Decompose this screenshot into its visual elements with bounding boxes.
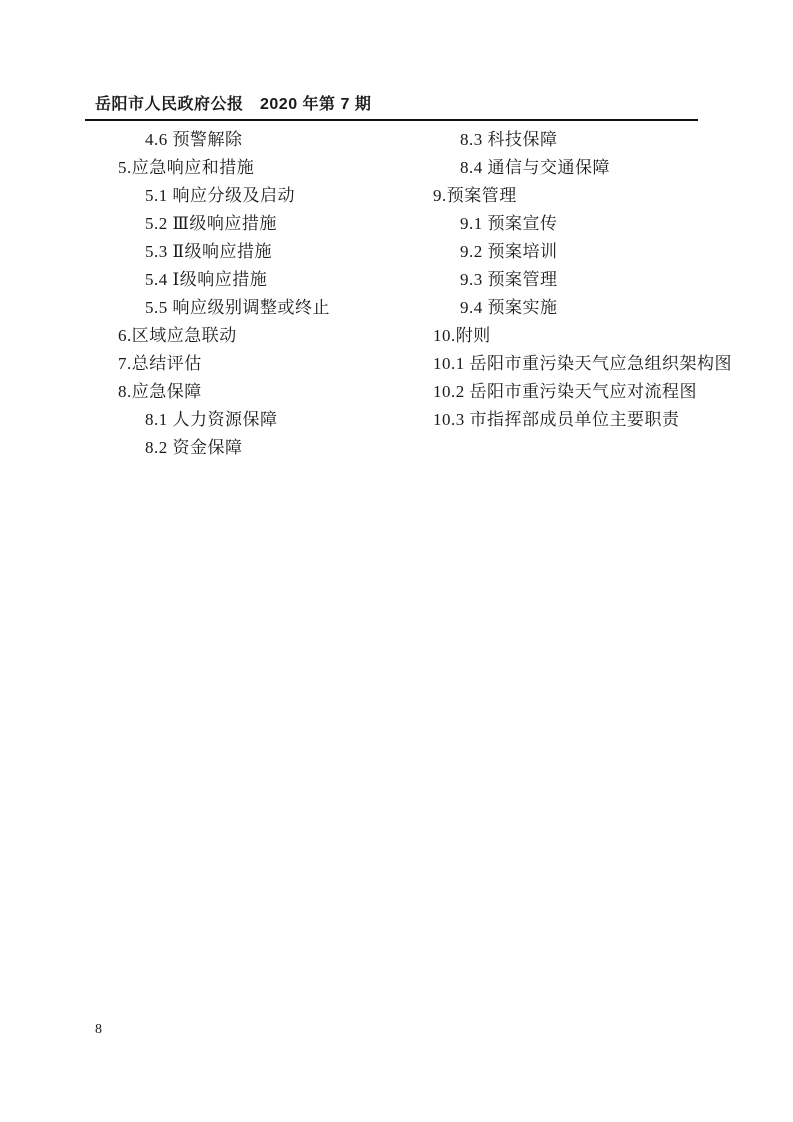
toc-item: 9.2 预案培训 xyxy=(433,238,732,266)
page-number: 8 xyxy=(95,1022,102,1038)
header-rule-divider xyxy=(85,119,698,121)
toc-item: 10.2 岳阳市重污染天气应对流程图 xyxy=(433,378,732,406)
toc-item: 9.3 预案管理 xyxy=(433,266,732,294)
toc-item: 8.应急保障 xyxy=(118,378,330,406)
toc-item: 10.3 市指挥部成员单位主要职责 xyxy=(433,406,732,434)
toc-item: 8.2 资金保障 xyxy=(118,434,330,462)
toc-item: 8.4 通信与交通保障 xyxy=(433,154,732,182)
toc-item: 8.1 人力资源保障 xyxy=(118,406,330,434)
toc-item: 5.5 响应级别调整或终止 xyxy=(118,294,330,322)
toc-left-column: 4.6 预警解除5.应急响应和措施5.1 响应分级及启动5.2 Ⅲ级响应措施5.… xyxy=(118,126,330,462)
toc-item: 5.1 响应分级及启动 xyxy=(118,182,330,210)
toc-item: 7.总结评估 xyxy=(118,350,330,378)
toc-item: 6.区域应急联动 xyxy=(118,322,330,350)
page-header-title: 岳阳市人民政府公报 2020 年第 7 期 xyxy=(95,96,371,114)
toc-item: 10.附则 xyxy=(433,322,732,350)
toc-item: 9.4 预案实施 xyxy=(433,294,732,322)
toc-item: 9.预案管理 xyxy=(433,182,732,210)
toc-item: 9.1 预案宣传 xyxy=(433,210,732,238)
toc-item: 5.应急响应和措施 xyxy=(118,154,330,182)
toc-item: 4.6 预警解除 xyxy=(118,126,330,154)
toc-item: 5.3 Ⅱ级响应措施 xyxy=(118,238,330,266)
toc-item: 5.2 Ⅲ级响应措施 xyxy=(118,210,330,238)
gazette-page: 岳阳市人民政府公报 2020 年第 7 期 4.6 预警解除5.应急响应和措施5… xyxy=(0,0,793,1122)
toc-item: 10.1 岳阳市重污染天气应急组织架构图 xyxy=(433,350,732,378)
toc-right-column: 8.3 科技保障8.4 通信与交通保障9.预案管理9.1 预案宣传9.2 预案培… xyxy=(433,126,732,434)
toc-item: 5.4 Ⅰ级响应措施 xyxy=(118,266,330,294)
toc-item: 8.3 科技保障 xyxy=(433,126,732,154)
